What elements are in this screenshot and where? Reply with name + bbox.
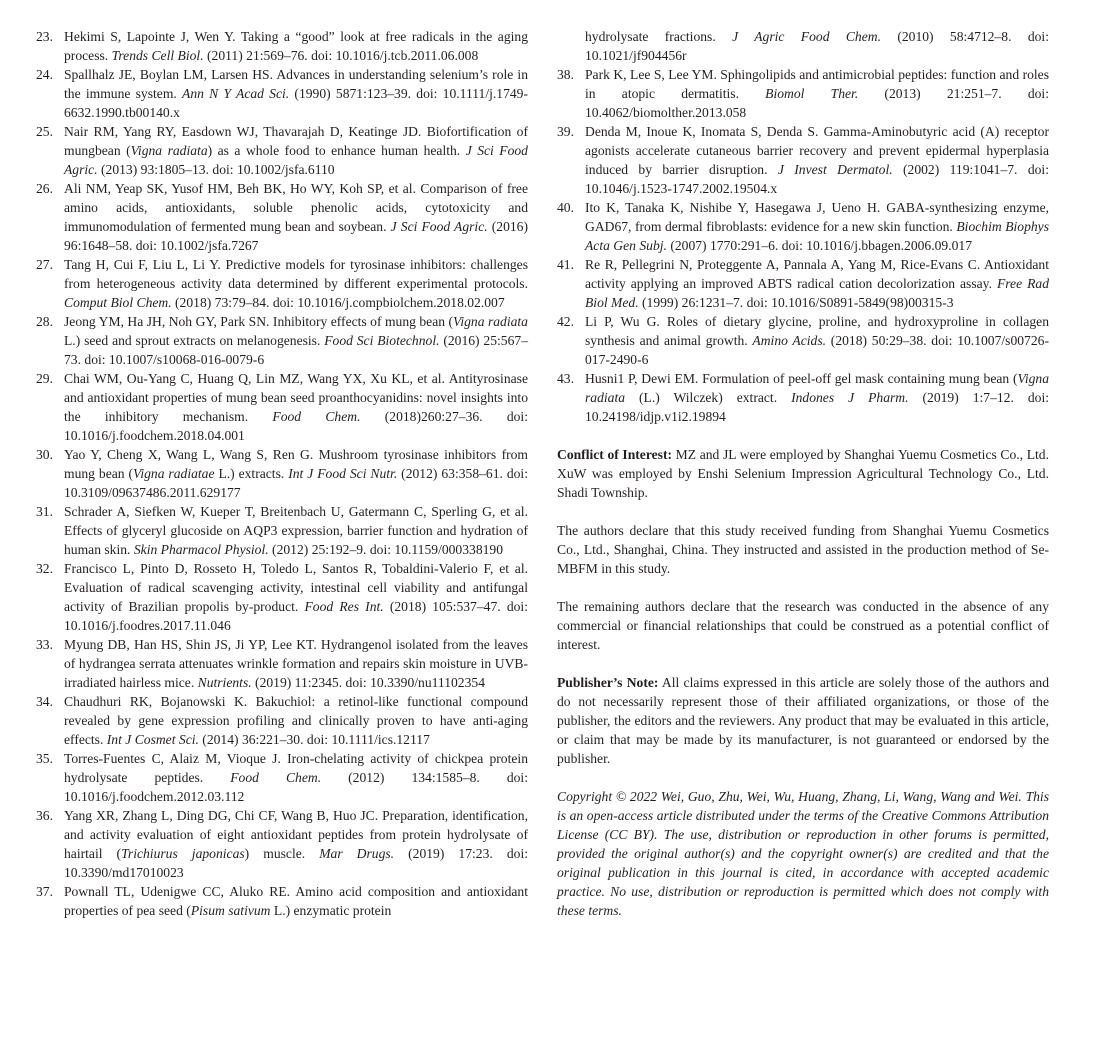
- reference-item: 30.Yao Y, Cheng X, Wang L, Wang S, Ren G…: [36, 445, 528, 502]
- journal-name: Ann N Y Acad Sci.: [182, 86, 289, 101]
- section-label: Conflict of Interest:: [557, 447, 672, 462]
- reference-item: 27.Tang H, Cui F, Liu L, Li Y. Predictiv…: [36, 255, 528, 312]
- reference-number: 41.: [557, 255, 574, 274]
- citation-details: (2011) 21:569–76. doi: 10.1016/j.tcb.201…: [204, 48, 479, 63]
- reference-number: 24.: [36, 65, 53, 84]
- reference-number: 32.: [36, 559, 53, 578]
- species-name: Trichiurus japonicas: [121, 846, 245, 861]
- right-column: hydrolysate fractions. J Agric Food Chem…: [557, 27, 1049, 920]
- reference-number: 29.: [36, 369, 53, 388]
- reference-number: 23.: [36, 27, 53, 46]
- reference-list: 38.Park K, Lee S, Lee YM. Sphingolipids …: [557, 65, 1049, 426]
- reference-item: 33.Myung DB, Han HS, Shin JS, Ji YP, Lee…: [36, 635, 528, 692]
- reference-number: 35.: [36, 749, 53, 768]
- reference-item: 23.Hekimi S, Lapointe J, Wen Y. Taking a…: [36, 27, 528, 65]
- reference-item: 35.Torres-Fuentes C, Alaiz M, Vioque J. …: [36, 749, 528, 806]
- reference-item: 43.Husni1 P, Dewi EM. Formulation of pee…: [557, 369, 1049, 426]
- species-name: Pisum sativum: [191, 903, 271, 918]
- reference-number: 31.: [36, 502, 53, 521]
- reference-number: 25.: [36, 122, 53, 141]
- journal-name: Int J Food Sci Nutr.: [288, 466, 397, 481]
- journal-name: Trends Cell Biol.: [112, 48, 204, 63]
- journal-name: J Agric Food Chem.: [732, 29, 881, 44]
- species-name: Vigna radiata: [453, 314, 528, 329]
- reference-item: 39.Denda M, Inoue K, Inomata S, Denda S.…: [557, 122, 1049, 198]
- journal-name: Food Sci Biotechnol.: [324, 333, 439, 348]
- conflict-of-interest: Conflict of Interest: MZ and JL were emp…: [557, 445, 1049, 502]
- reference-number: 36.: [36, 806, 53, 825]
- reference-continuation: hydrolysate fractions. J Agric Food Chem…: [557, 27, 1049, 65]
- reference-item: 31.Schrader A, Siefken W, Kueper T, Brei…: [36, 502, 528, 559]
- journal-name: Food Res Int.: [304, 599, 383, 614]
- reference-item: 28.Jeong YM, Ha JH, Noh GY, Park SN. Inh…: [36, 312, 528, 369]
- reference-item: 37.Pownall TL, Udenigwe CC, Aluko RE. Am…: [36, 882, 528, 920]
- species-name: Vigna radiatae: [133, 466, 214, 481]
- reference-number: 40.: [557, 198, 574, 217]
- reference-item: 29.Chai WM, Ou-Yang C, Huang Q, Lin MZ, …: [36, 369, 528, 445]
- citation-details: (2013) 93:1805–13. doi: 10.1002/jsfa.611…: [98, 162, 335, 177]
- remaining-authors-statement: The remaining authors declare that the r…: [557, 597, 1049, 654]
- reference-number: 43.: [557, 369, 574, 388]
- journal-name: Skin Pharmacol Physiol.: [134, 542, 269, 557]
- journal-name: Mar Drugs.: [319, 846, 394, 861]
- reference-number: 33.: [36, 635, 53, 654]
- journal-name: J Sci Food Agric.: [391, 219, 488, 234]
- reference-number: 38.: [557, 65, 574, 84]
- reference-item: 38.Park K, Lee S, Lee YM. Sphingolipids …: [557, 65, 1049, 122]
- reference-item: 32.Francisco L, Pinto D, Rosseto H, Tole…: [36, 559, 528, 635]
- reference-number: 27.: [36, 255, 53, 274]
- reference-list: 23.Hekimi S, Lapointe J, Wen Y. Taking a…: [36, 27, 528, 920]
- reference-item: 36.Yang XR, Zhang L, Ding DG, Chi CF, Wa…: [36, 806, 528, 882]
- reference-item: 42.Li P, Wu G. Roles of dietary glycine,…: [557, 312, 1049, 369]
- reference-number: 30.: [36, 445, 53, 464]
- citation-details: (2007) 1770:291–6. doi: 10.1016/j.bbagen…: [667, 238, 972, 253]
- journal-name: Food Chem.: [272, 409, 360, 424]
- reference-number: 28.: [36, 312, 53, 331]
- reference-item: 26.Ali NM, Yeap SK, Yusof HM, Beh BK, Ho…: [36, 179, 528, 255]
- journal-name: Nutrients.: [198, 675, 252, 690]
- journal-name: Indones J Pharm.: [791, 390, 908, 405]
- reference-number: 42.: [557, 312, 574, 331]
- copyright-notice: Copyright © 2022 Wei, Guo, Zhu, Wei, Wu,…: [557, 787, 1049, 920]
- reference-item: 41.Re R, Pellegrini N, Proteggente A, Pa…: [557, 255, 1049, 312]
- citation-details: (2012) 25:192–9. doi: 10.1159/000338190: [269, 542, 503, 557]
- reference-item: 25.Nair RM, Yang RY, Easdown WJ, Thavara…: [36, 122, 528, 179]
- journal-name: Amino Acids.: [752, 333, 826, 348]
- funding-statement: The authors declare that this study rece…: [557, 521, 1049, 578]
- citation-details: (1999) 26:1231–7. doi: 10.1016/S0891-584…: [639, 295, 954, 310]
- reference-item: 34.Chaudhuri RK, Bojanowski K. Bakuchiol…: [36, 692, 528, 749]
- reference-number: 39.: [557, 122, 574, 141]
- citation-details: (2018) 73:79–84. doi: 10.1016/j.compbiol…: [172, 295, 505, 310]
- journal-name: Biomol Ther.: [765, 86, 858, 101]
- publisher-note: Publisher’s Note: All claims expressed i…: [557, 673, 1049, 768]
- journal-name: Food Chem.: [230, 770, 321, 785]
- reference-number: 26.: [36, 179, 53, 198]
- citation-details: (2014) 36:221–30. doi: 10.1111/ics.12117: [199, 732, 430, 747]
- reference-item: 40.Ito K, Tanaka K, Nishibe Y, Hasegawa …: [557, 198, 1049, 255]
- reference-number: 34.: [36, 692, 53, 711]
- journal-name: Comput Biol Chem.: [64, 295, 172, 310]
- left-column: 23.Hekimi S, Lapointe J, Wen Y. Taking a…: [36, 27, 528, 920]
- journal-name: J Invest Dermatol.: [778, 162, 893, 177]
- section-label: Publisher’s Note:: [557, 675, 658, 690]
- citation-details: (2019) 11:2345. doi: 10.3390/nu11102354: [252, 675, 485, 690]
- reference-number: 37.: [36, 882, 53, 901]
- species-name: Vigna radiata: [131, 143, 208, 158]
- journal-name: Int J Cosmet Sci.: [107, 732, 199, 747]
- reference-item: 24.Spallhalz JE, Boylan LM, Larsen HS. A…: [36, 65, 528, 122]
